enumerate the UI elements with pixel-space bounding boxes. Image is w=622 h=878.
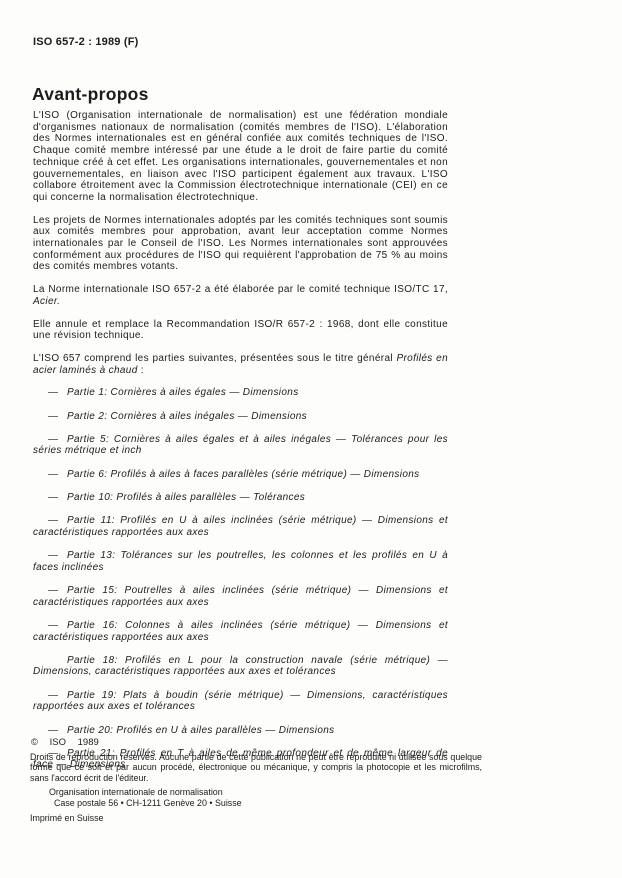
rights-notice: Droits de reproduction réservés. Aucune … — [30, 752, 482, 783]
text-segment: : — [138, 365, 144, 376]
list-item-text: Partie 20: Profilés en U à ailes parallè… — [67, 725, 335, 736]
text-segment: Elle annule et remplace la Recommandatio… — [33, 319, 448, 342]
dash-bullet: — — [48, 690, 67, 702]
printed-in-notice: Imprimé en Suisse — [30, 813, 104, 823]
text-segment: L'ISO (Organisation internationale de no… — [33, 110, 448, 203]
list-item: —Partie 2: Cornières à ailes inégales — … — [33, 411, 448, 423]
paragraph: L'ISO (Organisation internationale de no… — [33, 110, 448, 204]
list-item-text: Partie 6: Profilés à ailes à faces paral… — [67, 469, 420, 480]
dash-bullet: — — [48, 411, 67, 423]
dash-bullet: — — [48, 469, 67, 481]
dash-bullet: — — [48, 492, 67, 504]
document-page: ISO 657-2 : 1989 (F) Avant-propos L'ISO … — [0, 0, 622, 878]
publisher-name: Organisation internationale de normalisa… — [49, 787, 242, 798]
list-item: Partie 18: Profilés en L pour la constru… — [33, 655, 448, 678]
intro-paragraphs: L'ISO (Organisation internationale de no… — [33, 110, 448, 376]
dash-bullet: — — [48, 387, 67, 399]
page-title: Avant-propos — [32, 84, 149, 105]
paragraph: Les projets de Normes internationales ad… — [33, 215, 448, 274]
text-segment: La Norme internationale ISO 657-2 a été … — [33, 284, 448, 295]
list-item: —Partie 16: Colonnes à ailes inclinées (… — [33, 620, 448, 643]
list-item: —Partie 6: Profilés à ailes à faces para… — [33, 469, 448, 481]
dash-bullet: — — [48, 585, 67, 597]
dash-bullet: — — [48, 515, 67, 527]
list-item: —Partie 20: Profilés en U à ailes parall… — [33, 725, 448, 737]
italic-text: Acier. — [33, 296, 60, 307]
list-item: —Partie 1: Cornières à ailes égales — Di… — [33, 387, 448, 399]
dash-bullet: — — [48, 434, 67, 446]
list-item-text: Partie 5: Cornières à ailes égales et à … — [33, 434, 448, 457]
paragraph: Elle annule et remplace la Recommandatio… — [33, 319, 448, 342]
list-item: —Partie 10: Profilés à ailes parallèles … — [33, 492, 448, 504]
dash-bullet: — — [48, 725, 67, 737]
copyright-line: © ISO 1989 — [31, 737, 99, 748]
list-item-text: Partie 1: Cornières à ailes égales — Dim… — [67, 387, 299, 398]
text-segment: Les projets de Normes internationales ad… — [33, 215, 448, 273]
document-reference: ISO 657-2 : 1989 (F) — [33, 36, 139, 48]
list-item-text: Partie 10: Profilés à ailes parallèles —… — [67, 492, 305, 503]
text-segment: L'ISO 657 comprend les parties suivantes… — [33, 353, 396, 364]
list-item: —Partie 13: Tolérances sur les poutrelle… — [33, 550, 448, 573]
dash-bullet: — — [48, 620, 67, 632]
list-item: —Partie 15: Poutrelles à ailes inclinées… — [33, 585, 448, 608]
paragraph: L'ISO 657 comprend les parties suivantes… — [33, 353, 448, 376]
list-item-text: Partie 11: Profilés en U à ailes incliné… — [33, 515, 448, 538]
list-item: —Partie 19: Plats à boudin (série métriq… — [33, 690, 448, 713]
list-item-text: Partie 16: Colonnes à ailes inclinées (s… — [33, 620, 448, 643]
list-item-text: Partie 18: Profilés en L pour la constru… — [33, 655, 448, 678]
paragraph: La Norme internationale ISO 657-2 a été … — [33, 284, 448, 307]
list-item: —Partie 11: Profilés en U à ailes inclin… — [33, 515, 448, 538]
list-item: —Partie 5: Cornières à ailes égales et à… — [33, 434, 448, 457]
list-item-text: Partie 2: Cornières à ailes inégales — D… — [67, 411, 307, 422]
list-item-text: Partie 19: Plats à boudin (série métriqu… — [33, 690, 448, 713]
publisher-block: Organisation internationale de normalisa… — [49, 787, 242, 808]
list-item-text: Partie 13: Tolérances sur les poutrelles… — [33, 550, 448, 573]
publisher-address: Case postale 56 • CH-1211 Genève 20 • Su… — [49, 798, 242, 809]
list-item-text: Partie 15: Poutrelles à ailes inclinées … — [33, 585, 448, 608]
document-body: L'ISO (Organisation internationale de no… — [33, 110, 448, 783]
parts-list: —Partie 1: Cornières à ailes égales — Di… — [33, 387, 448, 771]
dash-bullet: — — [48, 550, 67, 562]
